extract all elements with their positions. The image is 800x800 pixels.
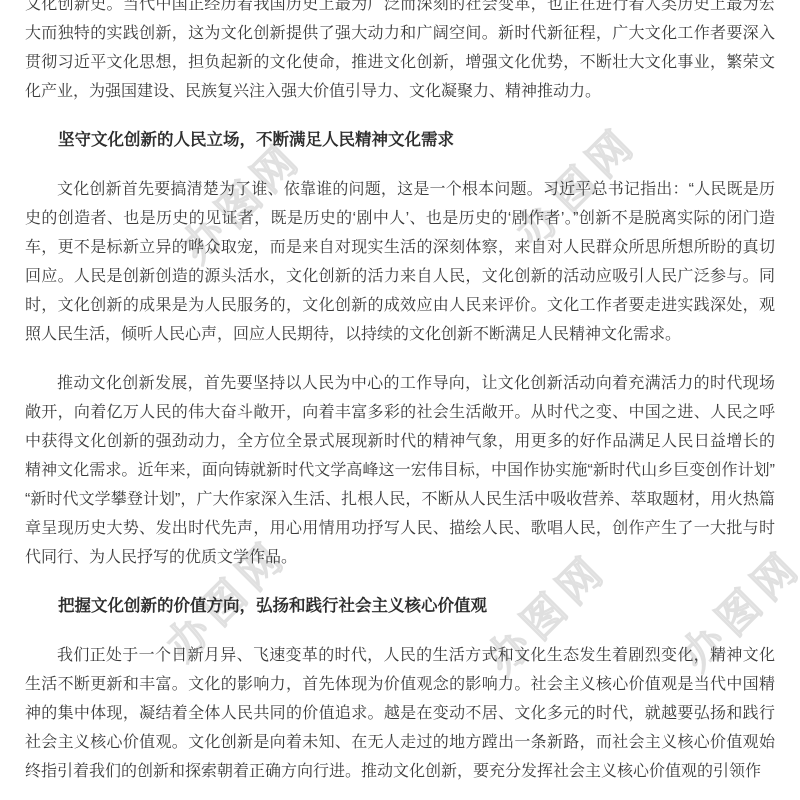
- document-content: 文化创新史。当代中国正经历着我国历史上最为广泛而深刻的社会变革，也正在进行着人类…: [0, 0, 800, 786]
- body-paragraph: 推动文化创新发展，首先要坚持以人民为中心的工作导向，让文化创新活动向着充满活力的…: [25, 369, 775, 572]
- body-paragraph: 文化创新首先要搞清楚为了谁、依靠谁的问题，这是一个根本问题。习近平总书记指出：“…: [25, 175, 775, 349]
- body-paragraph: 我们正处于一个日新月异、飞速变革的时代，人民的生活方式和文化生态发生着剧烈变化，…: [25, 641, 775, 786]
- document-page: 办图网办图网办图网办图网办图网 文化创新史。当代中国正经历着我国历史上最为广泛而…: [0, 0, 800, 800]
- section-heading: 把握文化创新的价值方向，弘扬和践行社会主义核心价值观: [25, 592, 775, 621]
- section-heading: 坚守文化创新的人民立场，不断满足人民精神文化需求: [25, 126, 775, 155]
- body-paragraph: 文化创新史。当代中国正经历着我国历史上最为广泛而深刻的社会变革，也正在进行着人类…: [25, 0, 775, 106]
